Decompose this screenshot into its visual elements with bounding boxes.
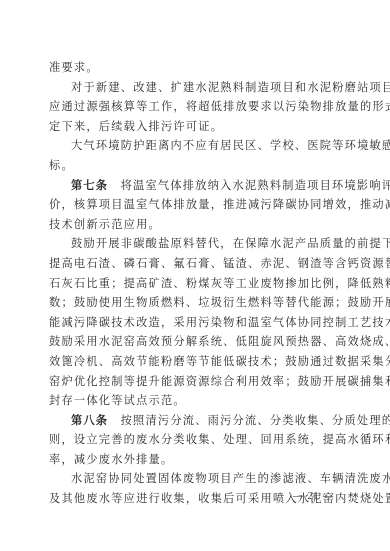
text-line: 数；鼓励使用生物质燃料、垃圾衍生燃料等替代能源；鼓励开展节 xyxy=(49,293,341,313)
text-span: 按照清污分流、雨污分流、分类收集、分质处理的原 xyxy=(108,414,390,427)
text-line: 价，核算项目温室气体排放量，推进减污降碳协同增效，推动减碳 xyxy=(49,195,341,215)
document-page: 准要求。 对于新建、改建、扩建水泥熟料制造项目和水泥粉磨站项目， 应通过源强核算… xyxy=(49,58,341,509)
text-line: 标。 xyxy=(49,156,341,176)
text-line: 技术创新示范应用。 xyxy=(49,215,341,235)
text-line: 效篦冷机、高效节能粉磨等节能低碳技术；鼓励通过数据采集分析、 xyxy=(49,352,341,372)
text-line: 能减污降碳技术改造，采用污染物和温室气体协同控制工艺技术； xyxy=(49,313,341,333)
text-line: 准要求。 xyxy=(49,58,341,78)
text-line: 应通过源强核算等工作，将超低排放要求以污染物排放量的形式确 xyxy=(49,97,341,117)
text-line: 水泥窑协同处置固体废物项目产生的渗滤液、车辆清洗废水以 xyxy=(49,469,341,489)
article-heading: 第八条 xyxy=(71,414,108,427)
text-line: 石灰石比重；提高矿渣、粉煤灰等工业废物掺加比例，降低熟料系 xyxy=(49,274,341,294)
text-line: 封存一体化等试点示范。 xyxy=(49,391,341,411)
text-line: 率，减少废水外排量。 xyxy=(49,450,341,470)
text-span: 将温室气体排放纳入水泥熟料制造项目环境影响评 xyxy=(108,179,390,192)
article-heading: 第七条 xyxy=(71,179,108,192)
text-line: 鼓励采用水泥窑高效预分解系统、低阻旋风预热器、高效烧成、高 xyxy=(49,332,341,352)
text-line: 窑炉优化控制等提升能源资源综合利用效率；鼓励开展碳捕集利用 xyxy=(49,372,341,392)
text-line: 提高电石渣、磷石膏、氟石膏、锰渣、赤泥、钢渣等含钙资源替代 xyxy=(49,254,341,274)
text-line: 大气环境防护距离内不应有居民区、学校、医院等环境敏感目 xyxy=(49,136,341,156)
article-8-line: 第八条 按照清污分流、雨污分流、分类收集、分质处理的原 xyxy=(49,411,341,431)
page-number: — 21 — xyxy=(293,491,334,502)
text-line: 则，设立完善的废水分类收集、处理、回用系统，提高水循环利用 xyxy=(49,430,341,450)
text-line: 鼓励开展非碳酸盐原料替代，在保障水泥产品质量的前提下， xyxy=(49,234,341,254)
text-line: 定下来，后续载入排污许可证。 xyxy=(49,117,341,137)
article-7-line: 第七条 将温室气体排放纳入水泥熟料制造项目环境影响评 xyxy=(49,176,341,196)
text-line: 对于新建、改建、扩建水泥熟料制造项目和水泥粉磨站项目， xyxy=(49,78,341,98)
